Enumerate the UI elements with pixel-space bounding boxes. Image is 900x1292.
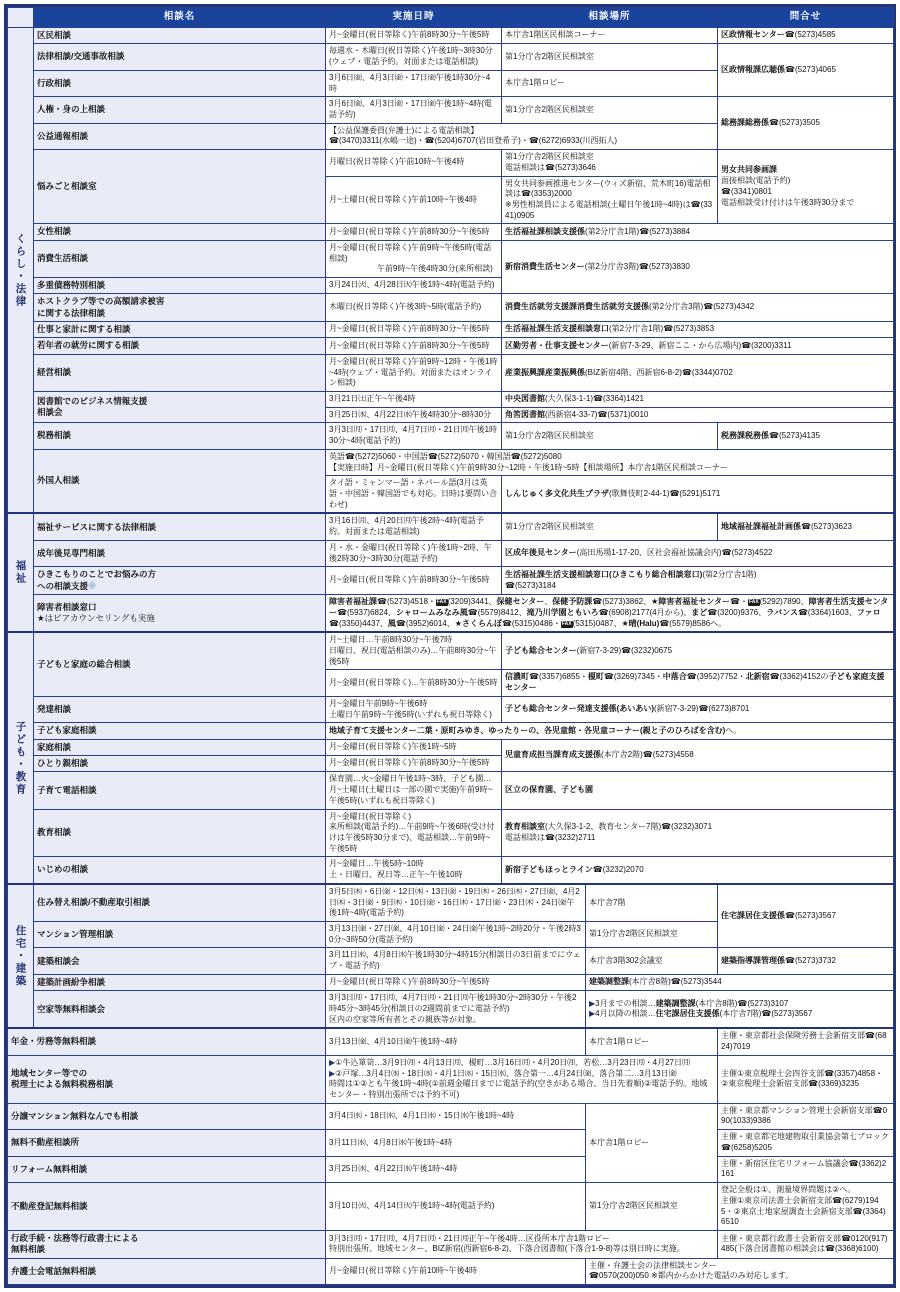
- row-name-cell: 建築相談会: [34, 948, 326, 974]
- contact-cell: 住宅課居住支援係☎(5273)3567: [718, 884, 894, 948]
- place-cell: 第1分庁舎2階区民相談室: [586, 922, 718, 948]
- datetime-cell: 3月11日㈬、4月8日㈬午後1時~4時: [326, 1130, 586, 1156]
- datetime-cell: 月~金曜日(祝日等除く)午前8時30分~午後5時: [326, 322, 502, 338]
- datetime-cell: 3月5日㈭・6日㈮・12日㈭・13日㈮・19日㈭・26日㈭・27日㈮、4月2日㈭…: [326, 884, 586, 922]
- contact-cell: 主催・東京都社会保険労務士会新宿支部☎(6824)7019: [718, 1028, 894, 1055]
- table-row: 悩みごと相談室月曜日(祝日等除く)午前10時~午後4時第1分庁舎2階区民相談室電…: [8, 150, 894, 176]
- table-row: 消費生活相談月~金曜日(祝日等除く)午前9時~午後5時(電話相談) 午前9時~午…: [8, 240, 894, 277]
- datetime-cell: 英語☎(5272)5060・中国語☎(5272)5070・韓国語☎(5272)5…: [326, 449, 894, 475]
- table-row: リフォーム無料相談3月25日㈬、4月22日㈬午後1時~4時主催・新宿区住宅リフォ…: [8, 1156, 894, 1182]
- row-name-cell: 分譲マンション無料なんでも相談: [8, 1103, 326, 1129]
- place-cell: 児童育成担当課育成支援係(本庁舎2階)☎(5273)4558: [502, 739, 894, 772]
- row-name-cell: リフォーム無料相談: [8, 1156, 326, 1182]
- row-name-cell: 法律相談/交通事故相談: [34, 44, 326, 70]
- row-name-cell: 成年後見専門相談: [34, 540, 326, 566]
- datetime-cell: 3月25日㈬、4月22日㈬午後4時30分~8時30分: [326, 407, 502, 423]
- group-label: 福祉: [8, 513, 34, 632]
- datetime-cell: 月~土曜日…午前8時30分~午後7時日曜日、祝日(電話相談のみ)…午前8時30分…: [326, 632, 502, 670]
- place-cell: 本庁舎1階ロビー: [586, 1028, 718, 1055]
- place-cell: 第1分庁舎2階区民相談室: [586, 1183, 718, 1231]
- row-name-cell: 悩みごと相談室: [34, 150, 326, 224]
- row-name-cell: 弁護士会電話無料相談: [8, 1258, 326, 1284]
- consultation-table: 相談名実施日時相談場所問合せ くらし・法律区民相談月~金曜日(祝日等除く)午前8…: [7, 7, 894, 1285]
- place-cell: 新宿消費生活センター(第2分庁舎3階)☎(5273)3830: [502, 240, 894, 294]
- datetime-cell: 月・水・金曜日(祝日等除く)午後1時~2時、午後2時30分~3時30分(電話予約…: [326, 540, 502, 566]
- row-name-cell: 消費生活相談: [34, 240, 326, 277]
- place-cell: 生活福祉課生活支援相談窓口(ひきこもり総合相談窓口)(第2分庁舎1階)☎(527…: [502, 567, 894, 595]
- table-row: 子ども・教育子どもと家庭の総合相談月~土曜日…午前8時30分~午後7時日曜日、祝…: [8, 632, 894, 670]
- row-name-cell: ひとり親相談: [34, 756, 326, 772]
- datetime-cell: 3月13日㈮・27日㈮、4月10日㈮・24日㈮午後1時~2時20分・午後2時30…: [326, 922, 586, 948]
- place-cell: ▶3月までの相談…建築調整課(本庁舎8階)☎(5273)3107▶4月以降の相談…: [586, 991, 894, 1029]
- place-cell: しんじゅく多文化共生プラザ(歌舞伎町2-44-1)☎(5291)5171: [502, 476, 894, 514]
- arrow-bullet: ▶: [589, 1009, 595, 1018]
- col-header-name: 相談名: [34, 8, 326, 28]
- place-cell: 本庁舎1階区民相談コーナー: [502, 28, 718, 44]
- col-header-datetime: 実施日時: [326, 8, 502, 28]
- place-cell: 生活福祉課相談支援係(第2分庁舎1階)☎(5273)3884: [502, 224, 894, 240]
- datetime-cell: 月~金曜日(祝日等除く)午前8時30分~午後5時: [326, 974, 586, 990]
- datetime-cell: 毎週水・木曜日(祝日等除く)午後1時~3時30分(ウェブ・電話予約。対面または電…: [326, 44, 502, 70]
- datetime-cell: 月~金曜日(祝日等除く)…午前8時30分~午後5時: [326, 670, 502, 696]
- table-row: 人権・身の上相談3月6日㈮、4月3日㈮・17日㈮午後1時~4時(電話予約)第1分…: [8, 97, 894, 123]
- row-name-cell: 公益通報相談: [34, 123, 326, 149]
- table-row: 女性相談月~金曜日(祝日等除く)午前8時30分~午後5時生活福祉課相談支援係(第…: [8, 224, 894, 240]
- datetime-cell: 3月24日㈫、4月28日㈫午後1時~4時(電話予約): [326, 277, 502, 293]
- table-row: 仕事と家計に関する相談月~金曜日(祝日等除く)午前8時30分~午後5時生活福祉課…: [8, 322, 894, 338]
- table-body: くらし・法律区民相談月~金曜日(祝日等除く)午前8時30分~午後5時本庁舎1階区…: [8, 28, 894, 1285]
- table-row: 建築相談会3月11日㈬、4月8日㈬午後1時30分~4時15分(相談日の3日前まで…: [8, 948, 894, 974]
- place-cell: 第1分庁舎2階区民相談室: [502, 513, 718, 540]
- row-name-cell: 子どもと家庭の総合相談: [34, 632, 326, 696]
- place-cell: 生活福祉課生活支援相談窓口(第2分庁舎1階)☎(5273)3853: [502, 322, 894, 338]
- place-cell: 中央図書館(大久保3-1-1)☎(3364)1421: [502, 392, 894, 408]
- datetime-cell: タイ語・ミャンマー語・ネパール語(3月は英語・中国語・韓国語でも対応。日時は要問…: [326, 476, 502, 514]
- contact-cell: 主催・東京都マンション管理士会新宿支部☎090(1033)9386: [718, 1103, 894, 1129]
- datetime-cell: 月~金曜日(祝日等除く)午前10時~午後4時: [326, 1258, 586, 1284]
- datetime-cell: 【公益保護委員(弁護士)による電話相談】☎(3470)3311(水嶋一途)・☎(…: [326, 123, 718, 149]
- place-cell: 角筈図書館(西新宿4-33-7)☎(5371)0010: [502, 407, 894, 423]
- place-cell: 本庁舎1階ロビー: [502, 70, 718, 96]
- place-cell: 教育相談室(大久保3-1-2、教育センター7階)☎(3232)3071電話相談は…: [502, 809, 894, 857]
- datetime-cell: 月~金曜日(祝日等除く)午前9時~午後5時(電話相談) 午前9時~午後4時30分…: [326, 240, 502, 277]
- datetime-cell: 月~金曜日(祝日等除く)午前8時30分~午後5時: [326, 28, 502, 44]
- row-name-cell: 子ども家庭相談: [34, 723, 326, 739]
- row-name-cell: 年金・労務等無料相談: [8, 1028, 326, 1055]
- table-row: ひきこもりのことでお悩みの方への相談支援※月~金曜日(祝日等除く)午前8時30分…: [8, 567, 894, 595]
- datetime-cell: ▶①牛込箪笥…3月9日㈪・4月13日㈪、榎町…3月16日㈪・4月20日㈪、若松……: [326, 1055, 718, 1103]
- note-asterisk: ※: [88, 581, 96, 591]
- datetime-cell: 障害者福祉課☎(5273)4518・FAX(3209)3441、保健センター、保…: [326, 595, 894, 633]
- datetime-cell: 3月3日㈪・17日㈪、4月7日㈪・21日㈪午後1時30分~2時30分・午後2時4…: [326, 991, 586, 1029]
- datetime-cell: 3月4日㈬・18日㈬、4月1日㈬・15日㈬午後1時~4時: [326, 1103, 586, 1129]
- datetime-cell: 月~金曜日(祝日等除く)午後1時~5時: [326, 739, 502, 755]
- table-row: 家庭相談月~金曜日(祝日等除く)午後1時~5時児童育成担当課育成支援係(本庁舎2…: [8, 739, 894, 755]
- datetime-cell: 保育園…火~金曜日午後1時~3時、子ども園…月~土曜日(土曜日は一部の園で実施)…: [326, 772, 502, 809]
- table-row: 無料不動産相談所3月11日㈬、4月8日㈬午後1時~4時主催・東京都宅地建物取引業…: [8, 1130, 894, 1156]
- arrow-bullet: ▶: [329, 1058, 335, 1067]
- row-name-cell: 子育て電話相談: [34, 772, 326, 809]
- group-label: 子ども・教育: [8, 632, 34, 884]
- table-row: 図書館でのビジネス情報支援相談会3月21日㈯正午~午後4時中央図書館(大久保3-…: [8, 392, 894, 408]
- contact-cell: 主催①東京税理士会四谷支部☎(3357)4858・②東京税理士会新宿支部☎(33…: [718, 1055, 894, 1103]
- row-name-cell: 住み替え相談/不動産取引相談: [34, 884, 326, 922]
- place-cell: 本庁舎3階302会議室: [586, 948, 718, 974]
- table-row: 不動産登記無料相談3月10日㈫、4月14日㈫午後1時~4時(電話予約)第1分庁舎…: [8, 1183, 894, 1231]
- place-cell: 男女共同参画推進センター(ウィズ新宿、荒木町16)電話相談は☎(3353)200…: [502, 176, 718, 224]
- table-row: いじめの相談月~金曜日…午後5時~10時土・日曜日、祝日等…正午~午後10時新宿…: [8, 857, 894, 884]
- place-cell: 区勤労者・仕事支援センター(新宿7-3-29、新宿ここ・から広場内)☎(3200…: [502, 338, 894, 354]
- arrow-bullet: ▶: [329, 1069, 335, 1078]
- row-name-cell: 空家等無料相談会: [34, 991, 326, 1029]
- table-row: 発達相談月~金曜日午前9時~午後6時土曜日午前9時~午後5時(いずれも祝日等除く…: [8, 696, 894, 722]
- table-row: 建築計画紛争相談月~金曜日(祝日等除く)午前8時30分~午後5時建築調整課(本庁…: [8, 974, 894, 990]
- fax-icon: FAX: [561, 621, 573, 628]
- row-name-cell: ひきこもりのことでお悩みの方への相談支援※: [34, 567, 326, 595]
- datetime-cell: 月~金曜日(祝日等除く)午前8時30分~午後5時: [326, 224, 502, 240]
- table-row: 住宅・建築住み替え相談/不動産取引相談3月5日㈭・6日㈮・12日㈭・13日㈮・1…: [8, 884, 894, 922]
- place-cell: 産業振興課産業振興係(BIZ新宿4階、西新宿6-8-2)☎(3344)0702: [502, 354, 894, 391]
- place-cell: 第1分庁舎2階区民相談室電話相談は☎(5273)3646: [502, 150, 718, 176]
- place-cell: 本庁舎7階: [586, 884, 718, 922]
- contact-cell: 建築指導課管理係☎(5273)3732: [718, 948, 894, 974]
- datetime-cell: 月~金曜日(祝日等除く)午前8時30分~午後5時: [326, 567, 502, 595]
- table-row: 税務相談3月3日㈪・17日㈪、4月7日㈪・21日㈪午後1時30分~4時(電話予約…: [8, 423, 894, 449]
- place-cell: 区立の保育園、子ども園: [502, 772, 894, 809]
- datetime-cell: 3月6日㈮、4月3日㈮・17日㈮午後1時30分~4時: [326, 70, 502, 96]
- row-name-cell: 女性相談: [34, 224, 326, 240]
- row-name-cell: 発達相談: [34, 696, 326, 722]
- place-cell: 区成年後見センター(高田馬場1-17-20、区社会福祉協議会内)☎(5273)4…: [502, 540, 894, 566]
- datetime-cell: 3月3日㈪・17日㈪、4月7日㈪・21日㈪正午~午後4時…区役所本庁舎1階ロビー…: [326, 1230, 718, 1258]
- row-name-cell: 無料不動産相談所: [8, 1130, 326, 1156]
- place-cell: 主催・弁護士会の法律相談センター☎0570(200)050 ※都内からかけた電話…: [586, 1258, 894, 1284]
- table-row: 空家等無料相談会3月3日㈪・17日㈪、4月7日㈪・21日㈪午後1時30分~2時3…: [8, 991, 894, 1029]
- row-name-cell: いじめの相談: [34, 857, 326, 884]
- datetime-cell: 月~金曜日…午後5時~10時土・日曜日、祝日等…正午~午後10時: [326, 857, 502, 884]
- header-corner-cell: [8, 8, 34, 28]
- consultation-table-frame: 相談名実施日時相談場所問合せ くらし・法律区民相談月~金曜日(祝日等除く)午前8…: [4, 4, 896, 1288]
- datetime-cell: 月~金曜日(祝日等除く)午前8時30分~午後5時: [326, 756, 502, 772]
- contact-cell: 男女共同参画課面接相談(電話予約)☎(3341)0801電話相談受け付けは午後3…: [718, 150, 894, 224]
- fax-icon: FAX: [748, 599, 760, 606]
- table-row: 障害者相談窓口★はピアカウンセリングも実施障害者福祉課☎(5273)4518・F…: [8, 595, 894, 633]
- row-name-cell: 不動産登記無料相談: [8, 1183, 326, 1231]
- contact-cell: 総務課総務係☎(5273)3505: [718, 97, 894, 150]
- row-name-cell: 経営相談: [34, 354, 326, 391]
- contact-cell: 地域福祉課福祉計画係☎(5273)3623: [718, 513, 894, 540]
- datetime-cell: 3月13日㈮、4月10日㈮午後1時~4時: [326, 1028, 586, 1055]
- datetime-cell: 3月11日㈬、4月8日㈬午後1時30分~4時15分(相談日の3日前までにウェブ・…: [326, 948, 586, 974]
- contact-cell: 主催・新宿区住宅リフォーム協議会☎(3362)2161: [718, 1156, 894, 1182]
- row-name-cell: 地域センター等での税理士による無料税務相談: [8, 1055, 326, 1103]
- col-header-place: 相談場所: [502, 8, 718, 28]
- row-name-cell: マンション管理相談: [34, 922, 326, 948]
- row-name-cell: 多重債務特別相談: [34, 277, 326, 293]
- row-name-cell: 図書館でのビジネス情報支援相談会: [34, 392, 326, 423]
- table-row: 教育相談月~金曜日(祝日等除く)来所相談(電話予約)…午前9時~午後6時(受け付…: [8, 809, 894, 857]
- table-row: 若年者の就労に関する相談月~金曜日(祝日等除く)午前8時30分~午後5時区勤労者…: [8, 338, 894, 354]
- datetime-cell: 地域子育て支援センター二葉・原町みゆき、ゆったりーの、各児童館・各児童コーナー(…: [326, 723, 894, 739]
- datetime-cell: 3月3日㈪・17日㈪、4月7日㈪・21日㈪午後1時30分~4時(電話予約): [326, 423, 502, 449]
- datetime-cell: 月~金曜日(祝日等除く)午前8時30分~午後5時: [326, 338, 502, 354]
- row-name-cell: 仕事と家計に関する相談: [34, 322, 326, 338]
- datetime-cell: 木曜日(祝日等除く)午後3時~5時(電話予約): [326, 294, 502, 322]
- row-name-cell: 区民相談: [34, 28, 326, 44]
- place-cell: 本庁舎1階ロビー: [586, 1103, 718, 1182]
- table-row: 子育て電話相談保育園…火~金曜日午後1時~3時、子ども園…月~土曜日(土曜日は一…: [8, 772, 894, 809]
- row-name-cell: 建築計画紛争相談: [34, 974, 326, 990]
- row-name-cell: 家庭相談: [34, 739, 326, 755]
- row-name-cell: 障害者相談窓口★はピアカウンセリングも実施: [34, 595, 326, 633]
- table-row: 経営相談月~金曜日(祝日等除く)午前9時~12時・午後1時~4時(ウェブ・電話予…: [8, 354, 894, 391]
- contact-cell: 登記全般は①、測量境界問題は②へ。主催①東京司法書士会新宿支部☎(6279)19…: [718, 1183, 894, 1231]
- table-row: 弁護士会電話無料相談月~金曜日(祝日等除く)午前10時~午後4時主催・弁護士会の…: [8, 1258, 894, 1284]
- row-name-cell: 行政相談: [34, 70, 326, 96]
- table-row: 成年後見専門相談月・水・金曜日(祝日等除く)午後1時~2時、午後2時30分~3時…: [8, 540, 894, 566]
- table-row: 法律相談/交通事故相談毎週水・木曜日(祝日等除く)午後1時~3時30分(ウェブ・…: [8, 44, 894, 70]
- place-cell: 消費生活就労支援課消費生活就労支援係(第2分庁舎3階)☎(5273)4342: [502, 294, 894, 322]
- place-cell: 第1分庁舎2階区民相談室: [502, 44, 718, 70]
- contact-cell: 区政情報課広聴係☎(5273)4065: [718, 44, 894, 97]
- col-header-contact: 問合せ: [718, 8, 894, 28]
- place-cell: 子ども総合センター(新宿7-3-29)☎(3232)0675: [502, 632, 894, 670]
- row-name-cell: 人権・身の上相談: [34, 97, 326, 123]
- row-name-cell: 若年者の就労に関する相談: [34, 338, 326, 354]
- place-cell: 第1分庁舎2階区民相談室: [502, 97, 718, 123]
- table-row: 子ども家庭相談地域子育て支援センター二葉・原町みゆき、ゆったりーの、各児童館・各…: [8, 723, 894, 739]
- datetime-cell: 月~土曜日(祝日等除く)午前10時~午後4時: [326, 176, 502, 224]
- place-cell: 建築調整課(本庁舎8階)☎(5273)3544: [586, 974, 894, 990]
- table-header: 相談名実施日時相談場所問合せ: [8, 8, 894, 28]
- place-cell: 信濃町☎(3357)6855・榎町☎(3269)7345・中落合☎(3952)7…: [502, 670, 894, 696]
- contact-cell: 区政情報センター☎(5273)4585: [718, 28, 894, 44]
- fax-icon: FAX: [436, 599, 448, 606]
- group-label: 住宅・建築: [8, 884, 34, 1029]
- table-row: くらし・法律区民相談月~金曜日(祝日等除く)午前8時30分~午後5時本庁舎1階区…: [8, 28, 894, 44]
- datetime-cell: 3月6日㈮、4月3日㈮・17日㈮午後1時~4時(電話予約): [326, 97, 502, 123]
- datetime-cell: 月曜日(祝日等除く)午前10時~午後4時: [326, 150, 502, 176]
- row-name-cell: 税務相談: [34, 423, 326, 449]
- table-row: 行政手続・法務等行政書士による無料相談3月3日㈪・17日㈪、4月7日㈪・21日㈪…: [8, 1230, 894, 1258]
- contact-cell: 税務課税務係☎(5273)4135: [718, 423, 894, 449]
- datetime-cell: 3月10日㈫、4月14日㈫午後1時~4時(電話予約): [326, 1183, 586, 1231]
- place-cell: 新宿子どもほっとライン☎(3232)2070: [502, 857, 894, 884]
- datetime-cell: 3月21日㈯正午~午後4時: [326, 392, 502, 408]
- table-row: 分譲マンション無料なんでも相談3月4日㈬・18日㈬、4月1日㈬・15日㈬午後1時…: [8, 1103, 894, 1129]
- place-cell: 子ども総合センター発達支援係(あいあい)(新宿7-3-29)☎(6273)870…: [502, 696, 894, 722]
- row-name-cell: ホストクラブ等での高額請求被害に関する法律相談: [34, 294, 326, 322]
- table-row: ホストクラブ等での高額請求被害に関する法律相談木曜日(祝日等除く)午後3時~5時…: [8, 294, 894, 322]
- datetime-cell: 月~金曜日午前9時~午後6時土曜日午前9時~午後5時(いずれも祝日等除く): [326, 696, 502, 722]
- row-name-cell: 福祉サービスに関する法律相談: [34, 513, 326, 540]
- datetime-cell: 月~金曜日(祝日等除く)午前9時~12時・午後1時~4時(ウェブ・電話予約。対面…: [326, 354, 502, 391]
- datetime-cell: 3月16日㈪、4月20日㈪午後2時~4時(電話予約。対面または電話相談): [326, 513, 502, 540]
- row-name-cell: 教育相談: [34, 809, 326, 857]
- place-cell: 第1分庁舎2階区民相談室: [502, 423, 718, 449]
- row-name-cell: 行政手続・法務等行政書士による無料相談: [8, 1230, 326, 1258]
- table-row: 福祉福祉サービスに関する法律相談3月16日㈪、4月20日㈪午後2時~4時(電話予…: [8, 513, 894, 540]
- arrow-bullet: ▶: [589, 999, 595, 1008]
- datetime-cell: 3月25日㈬、4月22日㈬午後1時~4時: [326, 1156, 586, 1182]
- datetime-cell: 月~金曜日(祝日等除く)来所相談(電話予約)…午前9時~午後6時(受け付けは午後…: [326, 809, 502, 857]
- table-row: 年金・労務等無料相談3月13日㈮、4月10日㈮午後1時~4時本庁舎1階ロビー主催…: [8, 1028, 894, 1055]
- group-label: くらし・法律: [8, 28, 34, 514]
- table-row: 外国人相談英語☎(5272)5060・中国語☎(5272)5070・韓国語☎(5…: [8, 449, 894, 475]
- contact-cell: 主催・東京都宅地建物取引業協会第七ブロック☎(6258)5205: [718, 1130, 894, 1156]
- contact-cell: 主催・東京都行政書士会新宿支部☎0120(917)485(下落合図書館の相談会は…: [718, 1230, 894, 1258]
- row-name-cell: 外国人相談: [34, 449, 326, 513]
- table-row: 地域センター等での税理士による無料税務相談▶①牛込箪笥…3月9日㈪・4月13日㈪…: [8, 1055, 894, 1103]
